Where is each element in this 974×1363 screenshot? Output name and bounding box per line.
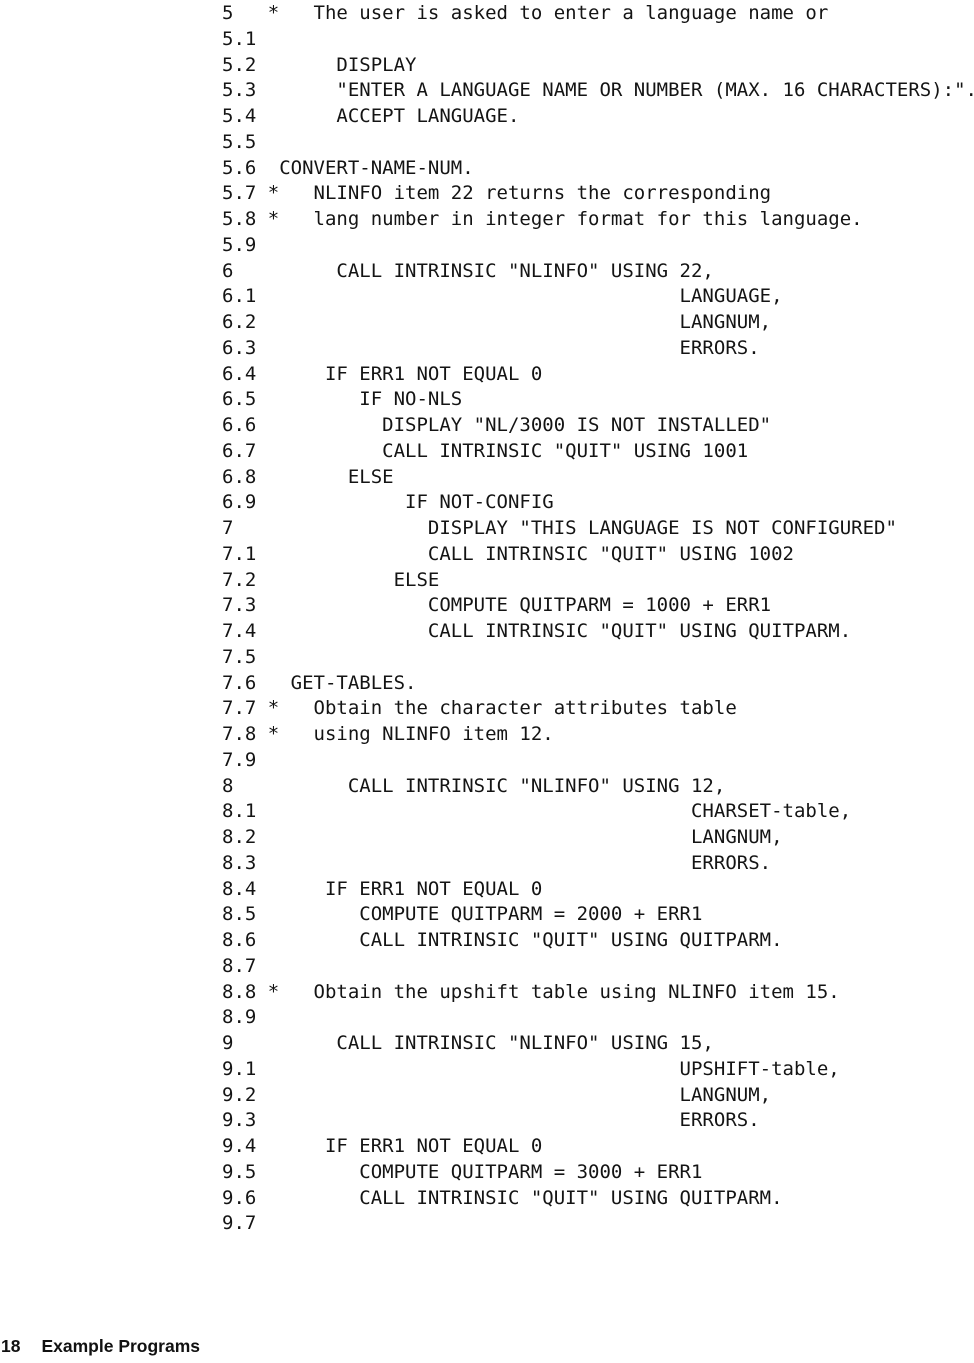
code-line: 9.4 IF ERR1 NOT EQUAL 0 — [222, 1134, 974, 1160]
code-line: 8.9 — [222, 1005, 974, 1031]
code-line: 6.2 LANGNUM, — [222, 310, 974, 336]
code-line: 8 CALL INTRINSIC "NLINFO" USING 12, — [222, 774, 974, 800]
code-line: 5.8 * lang number in integer format for … — [222, 207, 974, 233]
code-line: 9.3 ERRORS. — [222, 1108, 974, 1134]
code-line: 9.2 LANGNUM, — [222, 1083, 974, 1109]
code-line: 5.2 DISPLAY — [222, 53, 974, 79]
code-line: 7.3 COMPUTE QUITPARM = 1000 + ERR1 — [222, 593, 974, 619]
code-line: 7.1 CALL INTRINSIC "QUIT" USING 1002 — [222, 542, 974, 568]
code-line: 6.1 LANGUAGE, — [222, 284, 974, 310]
code-listing: 5 * The user is asked to enter a languag… — [222, 1, 974, 1237]
code-line: 9 CALL INTRINSIC "NLINFO" USING 15, — [222, 1031, 974, 1057]
page-number: 18 — [1, 1336, 20, 1356]
code-line: 9.1 UPSHIFT-table, — [222, 1057, 974, 1083]
code-line: 5 * The user is asked to enter a languag… — [222, 1, 974, 27]
code-line: 7.5 — [222, 645, 974, 671]
code-line: 9.6 CALL INTRINSIC "QUIT" USING QUITPARM… — [222, 1186, 974, 1212]
page-footer: 18Example Programs — [1, 1336, 200, 1357]
code-line: 5.4 ACCEPT LANGUAGE. — [222, 104, 974, 130]
code-line: 8.2 LANGNUM, — [222, 825, 974, 851]
code-line: 6.9 IF NOT-CONFIG — [222, 490, 974, 516]
code-line: 7.8 * using NLINFO item 12. — [222, 722, 974, 748]
code-line: 8.4 IF ERR1 NOT EQUAL 0 — [222, 877, 974, 903]
code-line: 6.3 ERRORS. — [222, 336, 974, 362]
code-line: 6.8 ELSE — [222, 465, 974, 491]
code-line: 6.4 IF ERR1 NOT EQUAL 0 — [222, 362, 974, 388]
code-line: 8.1 CHARSET-table, — [222, 799, 974, 825]
code-line: 7.4 CALL INTRINSIC "QUIT" USING QUITPARM… — [222, 619, 974, 645]
code-line: 7.9 — [222, 748, 974, 774]
code-line: 8.5 COMPUTE QUITPARM = 2000 + ERR1 — [222, 902, 974, 928]
code-line: 7.7 * Obtain the character attributes ta… — [222, 696, 974, 722]
code-line: 5.1 — [222, 27, 974, 53]
code-line: 9.7 — [222, 1211, 974, 1237]
code-line: 5.9 — [222, 233, 974, 259]
code-line: 7.6 GET-TABLES. — [222, 671, 974, 697]
code-line: 5.7 * NLINFO item 22 returns the corresp… — [222, 181, 974, 207]
code-line: 5.5 — [222, 130, 974, 156]
code-line: 5.6 CONVERT-NAME-NUM. — [222, 156, 974, 182]
code-line: 5.3 "ENTER A LANGUAGE NAME OR NUMBER (MA… — [222, 78, 974, 104]
code-line: 8.3 ERRORS. — [222, 851, 974, 877]
code-line: 7.2 ELSE — [222, 568, 974, 594]
code-line: 9.5 COMPUTE QUITPARM = 3000 + ERR1 — [222, 1160, 974, 1186]
code-line: 8.6 CALL INTRINSIC "QUIT" USING QUITPARM… — [222, 928, 974, 954]
code-line: 8.8 * Obtain the upshift table using NLI… — [222, 980, 974, 1006]
code-line: 6.7 CALL INTRINSIC "QUIT" USING 1001 — [222, 439, 974, 465]
code-line: 8.7 — [222, 954, 974, 980]
footer-section-title: Example Programs — [41, 1336, 200, 1356]
code-line: 6.5 IF NO-NLS — [222, 387, 974, 413]
code-line: 6 CALL INTRINSIC "NLINFO" USING 22, — [222, 259, 974, 285]
code-line: 6.6 DISPLAY "NL/3000 IS NOT INSTALLED" — [222, 413, 974, 439]
code-line: 7 DISPLAY "THIS LANGUAGE IS NOT CONFIGUR… — [222, 516, 974, 542]
